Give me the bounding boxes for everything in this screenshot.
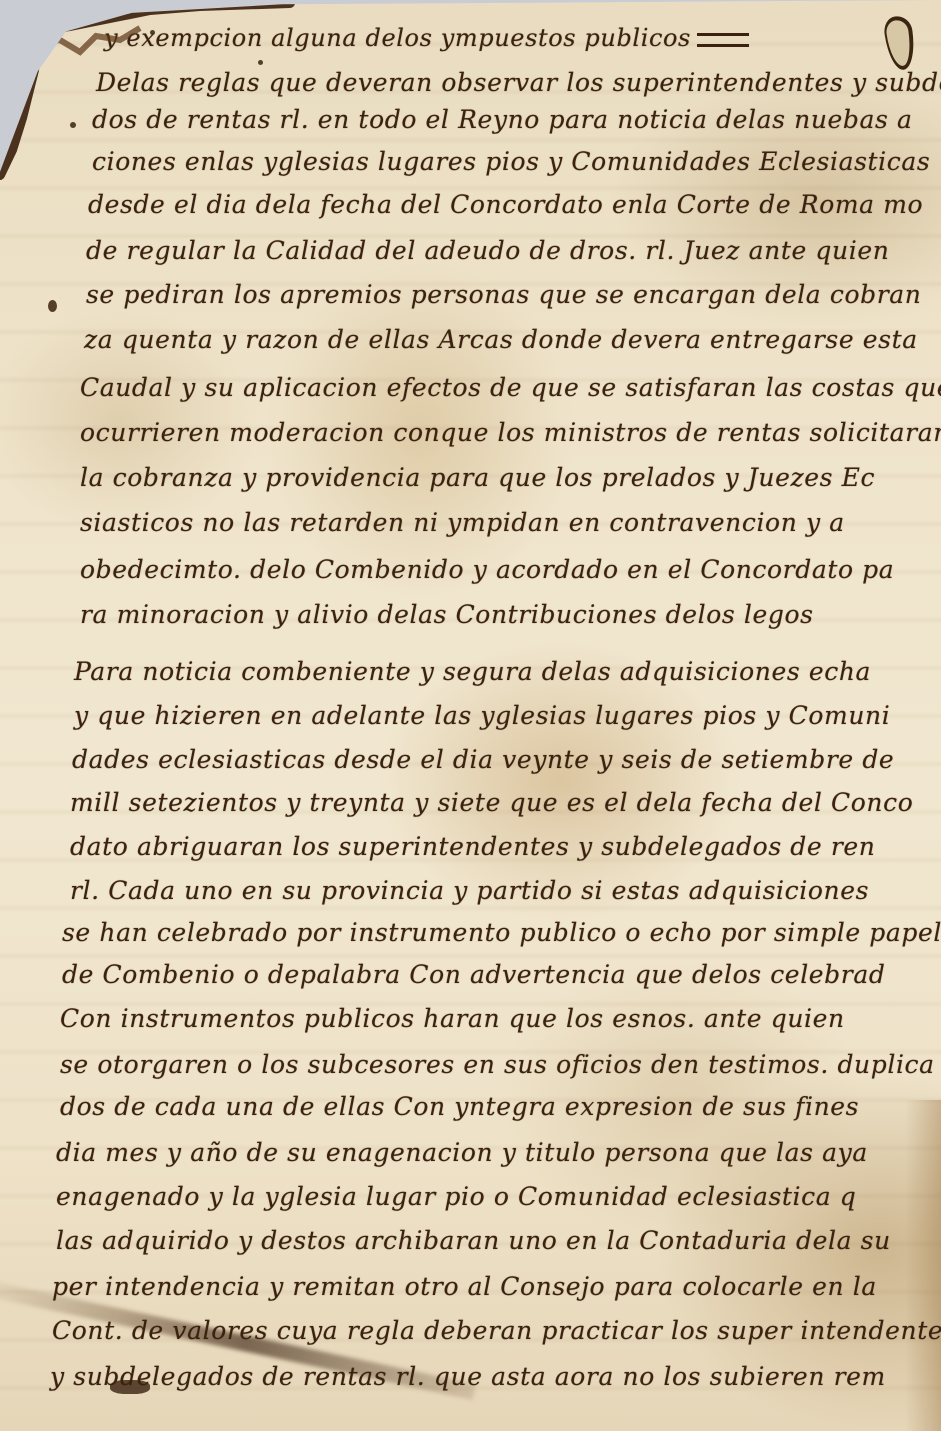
text-line: dia mes y año de su enagenacion y titulo… <box>56 1138 868 1167</box>
text-line: dato abriguaran los superintendentes y s… <box>70 832 876 861</box>
text-line: per intendencia y remitan otro al Consej… <box>52 1272 877 1301</box>
text-line: Delas reglas que deveran observar los su… <box>96 68 941 97</box>
text-line: za quenta y razon de ellas Arcas donde d… <box>84 325 918 354</box>
text-line: se otorgaren o los subcesores en sus ofi… <box>60 1050 935 1079</box>
text-line: ciones enlas yglesias lugares pios y Com… <box>92 147 930 176</box>
text-line: las adquirido y destos archibaran uno en… <box>56 1226 891 1255</box>
text-line: la cobranza y providencia para que los p… <box>80 463 875 492</box>
manuscript-page: y exempcion alguna delos ympuestos publi… <box>0 0 941 1431</box>
text-line: y subdelegados de rentas rl. que asta ao… <box>50 1362 886 1391</box>
text-line: Para noticia combeniente y segura delas … <box>74 657 871 686</box>
ink-blot <box>48 300 57 312</box>
heading-line: y exempcion alguna delos ympuestos publi… <box>104 24 749 52</box>
text-line: de Combenio o depalabra Con advertencia … <box>62 960 885 989</box>
ink-blot <box>70 122 76 128</box>
text-line: dades eclesiasticas desde el dia veynte … <box>72 745 894 774</box>
text-line: obedecimto. delo Combenido y acordado en… <box>80 555 894 584</box>
text-line: rl. Cada uno en su provincia y partido s… <box>70 876 869 905</box>
text-line: dos de rentas rl. en todo el Reyno para … <box>92 105 913 134</box>
text-line: ocurrieren moderacion conque los ministr… <box>80 418 941 447</box>
text-line: de regular la Calidad del adeudo de dros… <box>86 236 889 265</box>
text-line: se han celebrado por instrumento publico… <box>62 918 941 947</box>
text-line: Cont. de valores cuya regla deberan prac… <box>52 1316 941 1345</box>
heading-text: y exempcion alguna delos ympuestos publi… <box>104 24 691 52</box>
water-stain <box>905 1100 941 1431</box>
paper-hole <box>882 14 917 71</box>
text-line: siasticos no las retarden ni ympidan en … <box>80 508 845 537</box>
text-line: ra minoracion y alivio delas Contribucio… <box>80 600 814 629</box>
ink-blot <box>258 60 263 65</box>
text-line: y que hizieren en adelante las yglesias … <box>74 701 890 730</box>
text-line: dos de cada una de ellas Con yntegra exp… <box>60 1092 859 1121</box>
text-line: mill setezientos y treynta y siete que e… <box>70 788 913 817</box>
text-line: desde el dia dela fecha del Concordato e… <box>88 190 923 219</box>
text-line: Caudal y su aplicacion efectos de que se… <box>80 373 941 402</box>
double-rule <box>697 33 749 47</box>
text-line: enagenado y la yglesia lugar pio o Comun… <box>56 1182 856 1211</box>
text-line: Con instrumentos publicos haran que los … <box>60 1004 845 1033</box>
text-line: se pediran los apremios personas que se … <box>86 280 921 309</box>
